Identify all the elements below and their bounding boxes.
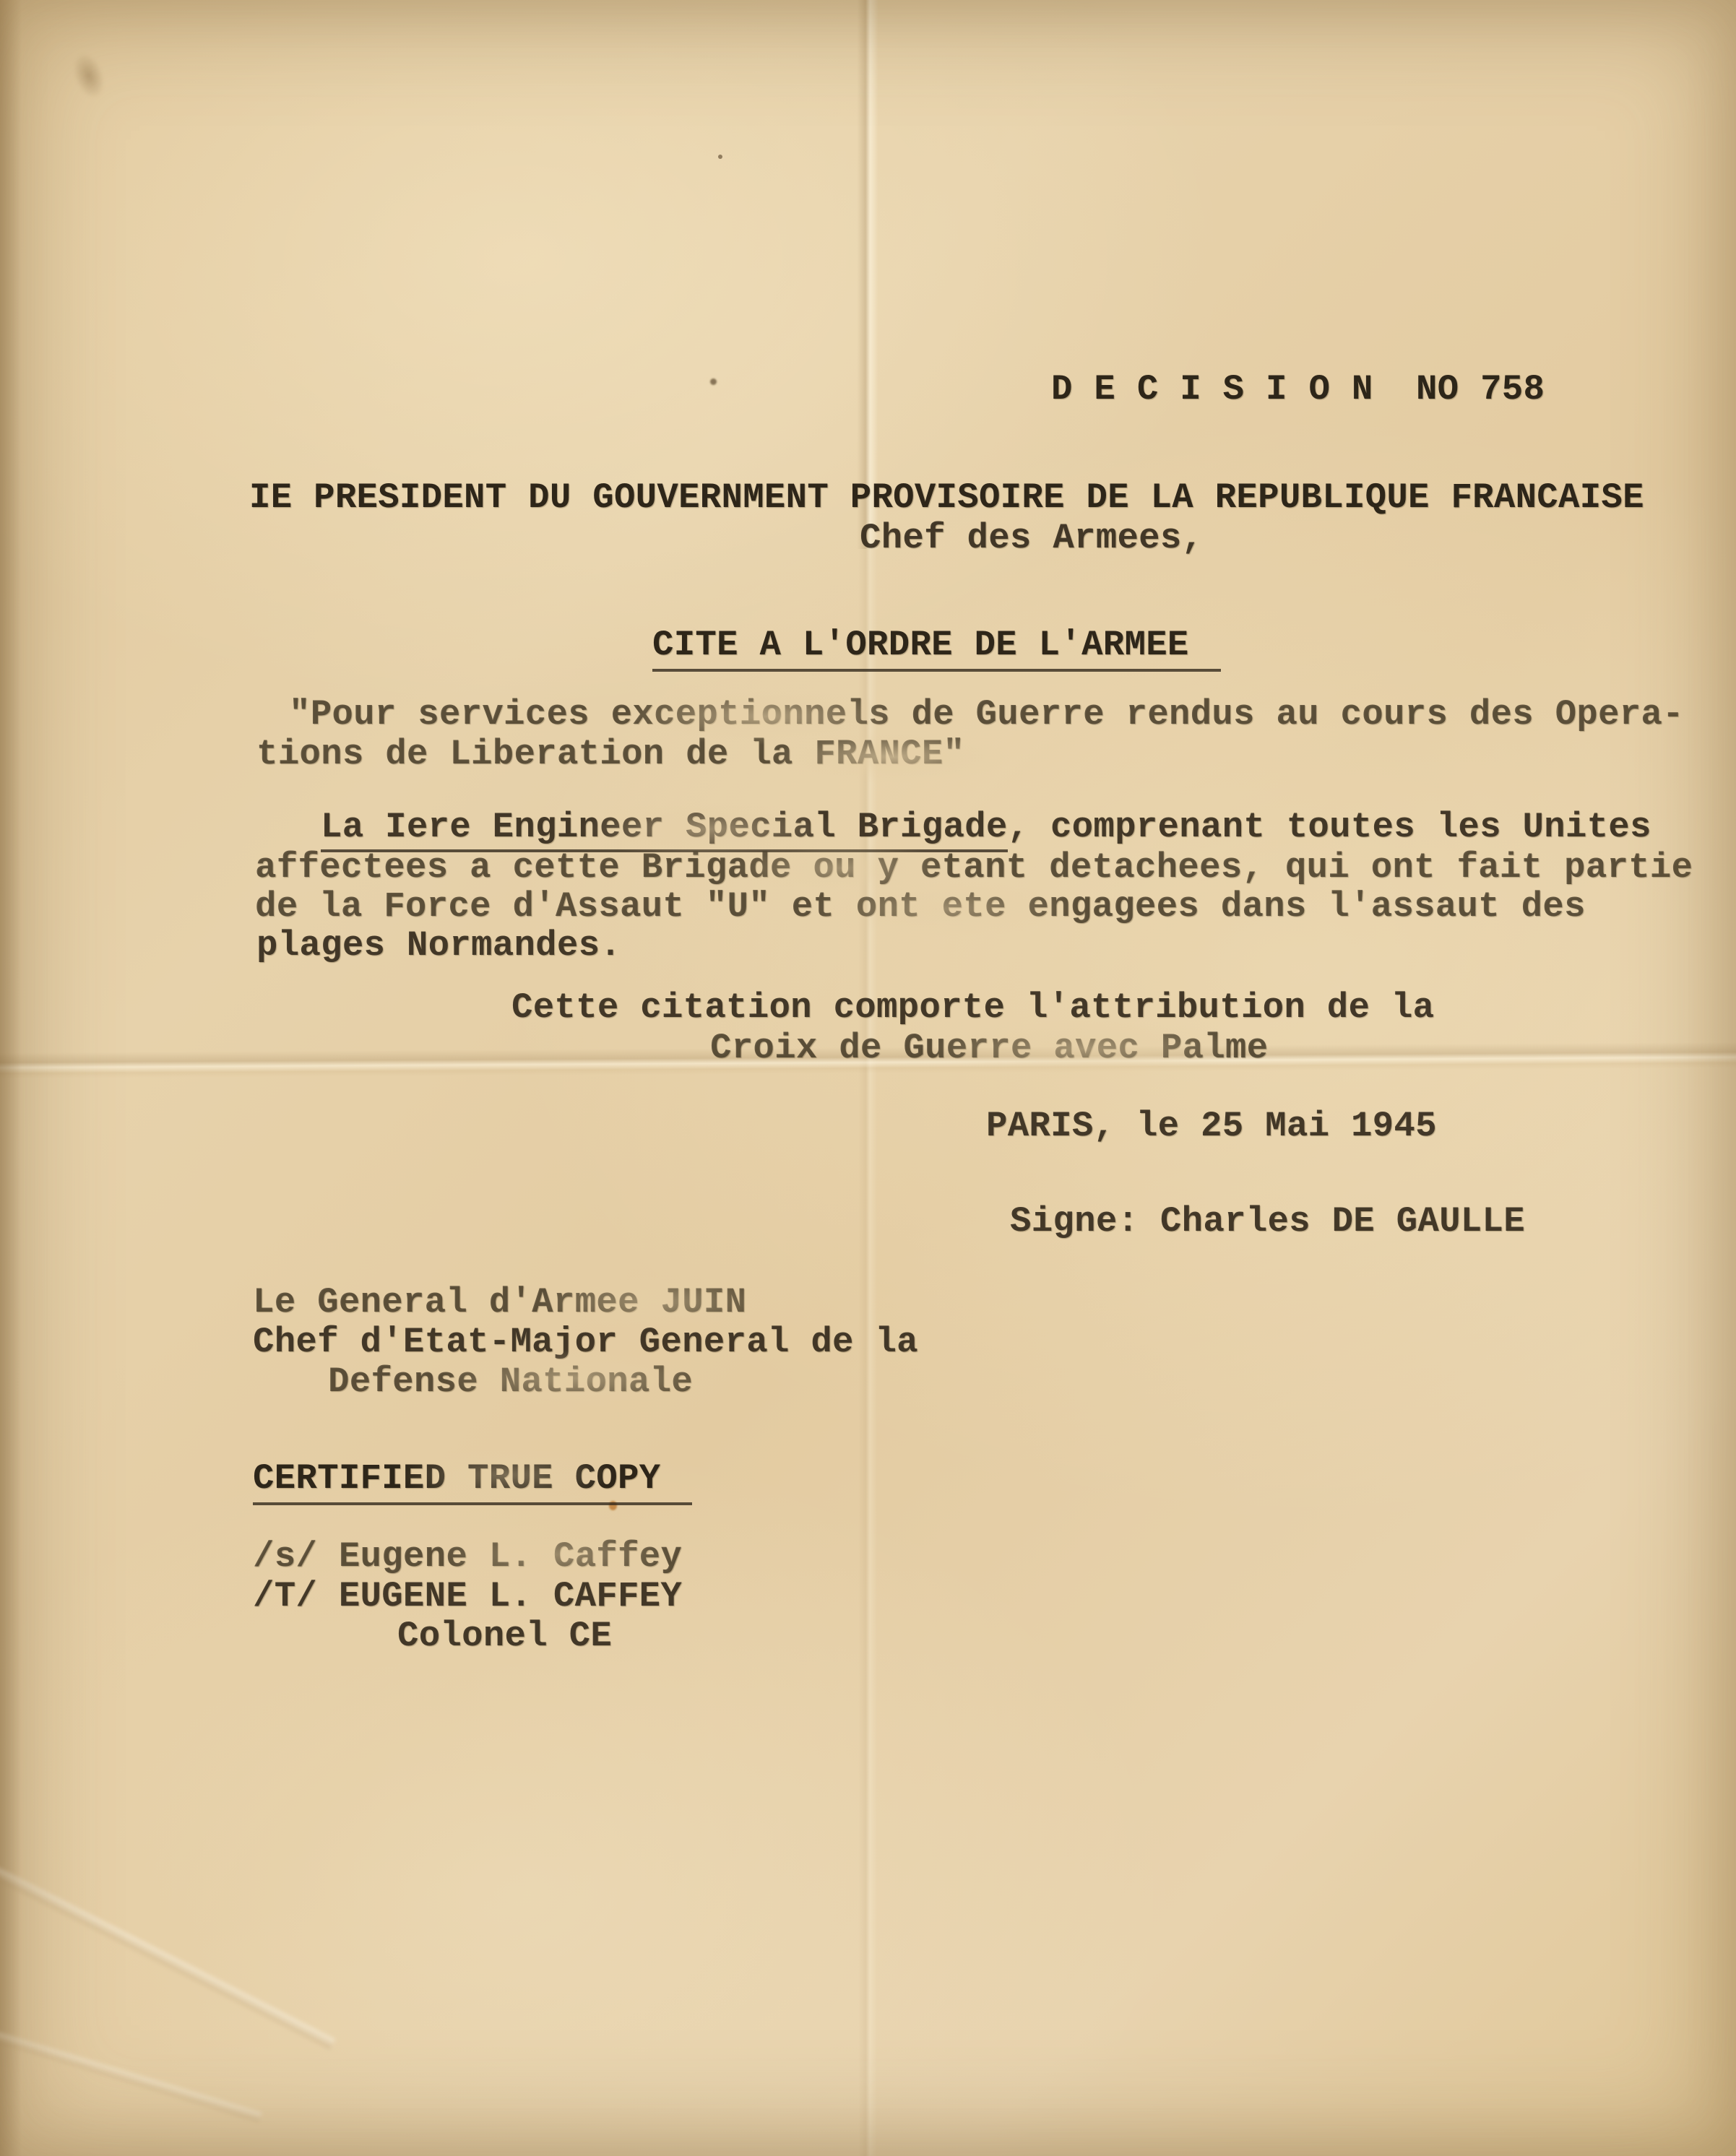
edge-vignette: [0, 0, 1736, 2156]
quote-line2: tions de Liberation de la FRANCE": [256, 735, 964, 774]
president-header-line2: Chef des Armees,: [860, 519, 1203, 558]
certification-sig3: Colonel CE: [397, 1616, 612, 1656]
brigade-line1: La Iere Engineer Special Brigade, compre…: [321, 808, 1651, 852]
ink-fade-overlay: [0, 0, 1736, 2156]
vertical-fold-crease-top: [857, 0, 878, 549]
certification-heading-text: CERTIFIED TRUE COPY: [253, 1459, 692, 1505]
president-header-line1: IE PRESIDENT DU GOUVERNMENT PROVISOIRE D…: [249, 478, 1644, 518]
citation-heading-text: CITE A L'ORDRE DE L'ARMEE: [652, 625, 1221, 672]
official-line3: Defense Nationale: [328, 1362, 693, 1402]
vertical-fold-crease: [858, 0, 877, 2156]
brigade-line4: plages Normandes.: [256, 926, 621, 966]
brigade-line1-rest: , comprenant toutes les Unites: [1008, 807, 1651, 847]
award-line1: Cette citation comporte l'attribution de…: [511, 988, 1434, 1028]
certification-sig2: /T/ EUGENE L. CAFFEY: [253, 1577, 682, 1616]
certification-heading: CERTIFIED TRUE COPY: [253, 1459, 692, 1505]
official-line2: Chef d'Etat-Major General de la: [253, 1322, 918, 1362]
citation-heading: CITE A L'ORDRE DE L'ARMEE: [652, 625, 1221, 672]
certification-sig1: /s/ Eugene L. Caffey: [253, 1537, 682, 1577]
official-line1: Le General d'Armee JUIN: [253, 1283, 746, 1322]
dateline: PARIS, le 25 Mai 1945: [986, 1107, 1437, 1146]
left-edge-shadow: [0, 0, 22, 2156]
bottom-left-crease-2: [0, 2022, 262, 2122]
award-line2: Croix de Guerre avec Palme: [710, 1029, 1268, 1068]
brigade-line3: de la Force d'Assaut "U" et ont ete enga…: [255, 887, 1586, 927]
ink-speck-small: [718, 155, 722, 159]
brigade-line2: affectees a cette Brigade ou y etant det…: [255, 848, 1693, 888]
signature-line: Signe: Charles DE GAULLE: [1010, 1202, 1525, 1242]
ink-speck: [710, 378, 717, 385]
bottom-left-crease: [0, 1862, 335, 2049]
decision-number: D E C I S I O N NO 758: [1051, 370, 1545, 410]
paper-smudge: [67, 48, 111, 103]
quote-line1: "Pour services exceptionnels de Guerre r…: [289, 695, 1684, 735]
document-page: D E C I S I O N NO 758 IE PRESIDENT DU G…: [0, 0, 1736, 2156]
brigade-name-underlined: La Iere Engineer Special Brigade: [321, 808, 1008, 852]
